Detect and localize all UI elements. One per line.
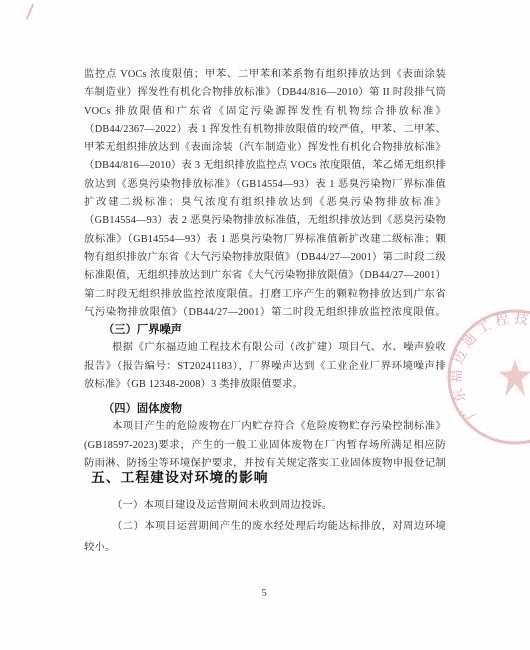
seal-company-name-text: 广东福迈迪工程技术有限公司 [449,309,530,422]
paragraph-vocs-emission-limits: 监控点 VOCs 浓度限值；甲苯、二甲苯和苯系物有组织排放达到《表面涂装（汽 车… [84,66,446,322]
company-round-seal-stamp: 广东福迈迪工程技术有限公司 [435,297,530,457]
text-line: 扩改建二级标准；臭气浓度有组织排放达到《恶臭污染物排放标准》 [84,194,446,212]
text-line: VOCs 排放限值和广东省《固定污染源挥发性有机物综合排放标准》 [84,103,446,121]
text-line: 放标准》（GB 12348-2008）3 类排放限值要求。 [84,376,446,395]
paragraph-noise-compliance: 根据《广东福迈迪工程技术有限公司（改扩建）项目气、水、噪声验收监测 报告》（报告… [84,339,446,395]
text-line: （GB14554—93）表 2 恶臭污染物排放标准值，无组织排放达到《恶臭污染物… [84,212,446,230]
paragraph-solid-waste-compliance: 本项目产生的危险废物在厂内贮存符合《危险废物贮存污染控制标准》 (GB18597… [84,418,446,474]
red-pen-corner-mark [26,3,35,19]
text-line: 第二时段无组织排放监控浓度限值。打磨工序产生的颗粒物排放达到广东省《大 [84,286,446,304]
page-number: 5 [258,588,270,599]
text-line: 放标准》（GB14554—93）表 1 恶臭污染物厂界标准值新扩改建二级标准；颗… [84,231,446,249]
text-line: 报告》（报告编号：ST20241183），厂界噪声达到《工业企业厂界环境噪声排 [84,358,446,377]
text-line: 根据《广东福迈迪工程技术有限公司（改扩建）项目气、水、噪声验收监测 [84,339,446,358]
scanned-document-page: 监控点 VOCs 浓度限值；甲苯、二甲苯和苯系物有组织排放达到《表面涂装（汽 车… [0,0,530,650]
text-line: 较小。 [84,537,446,558]
text-line: 车制造业）挥发性有机化合物排放标准》（DB44/816—2010）第 II 时段… [84,84,446,102]
section-heading-environmental-impact: 五、工程建设对环境的影响 [84,468,446,487]
paragraph-environmental-impact-items: （一）本项目建设及运营期间未收到周边投诉。 （二）本项目运营期间产生的废水经处理… [84,495,446,558]
heading-factory-boundary-noise: （三）厂界噪声 [84,322,446,338]
text-line: 物有组织排放广东省《大气污染物排放限值》（DB44/27—2001）第二时段二级 [84,249,446,267]
text-line: 本项目产生的危险废物在厂内贮存符合《危险废物贮存污染控制标准》 [84,418,446,437]
text-line: 监控点 VOCs 浓度限值；甲苯、二甲苯和苯系物有组织排放达到《表面涂装（汽 [84,66,446,84]
text-line: （DB44/2367—2022）表 1 挥发性有机物排放限值的较严值，甲苯、二甲… [84,121,446,139]
text-line: （DB44/816—2010）表 3 无组织排放监控点 VOCs 浓度限值，苯乙… [84,157,446,175]
text-line: 甲苯无组织排放达到《表面涂装（汽车制造业）挥发性有机化合物排放标准》 [84,139,446,157]
text-line: 标准限值，无组织排放达到广东省《大气污染物排放限值》（DB44/27—2001） [84,267,446,285]
text-line: 放达到《恶臭污染物排放标准》（GB14554—93）表 1 恶臭污染物厂界标准值… [84,176,446,194]
heading-solid-waste: （四）固体废物 [84,401,446,417]
seal-star-icon [499,360,530,397]
text-line: （二）本项目运营期间产生的废水经处理后均能达标排放，对周边环境影响 [84,516,446,537]
text-line: 气污染物排放限值》（DB44/27—2001）第二时段无组织排放监控浓度限值。 [84,304,446,322]
text-line: （一）本项目建设及运营期间未收到周边投诉。 [84,495,446,516]
text-line: (GB18597-2023)要求，产生的一般工业固体废物在厂内暂存场所满足相应防… [84,437,446,456]
